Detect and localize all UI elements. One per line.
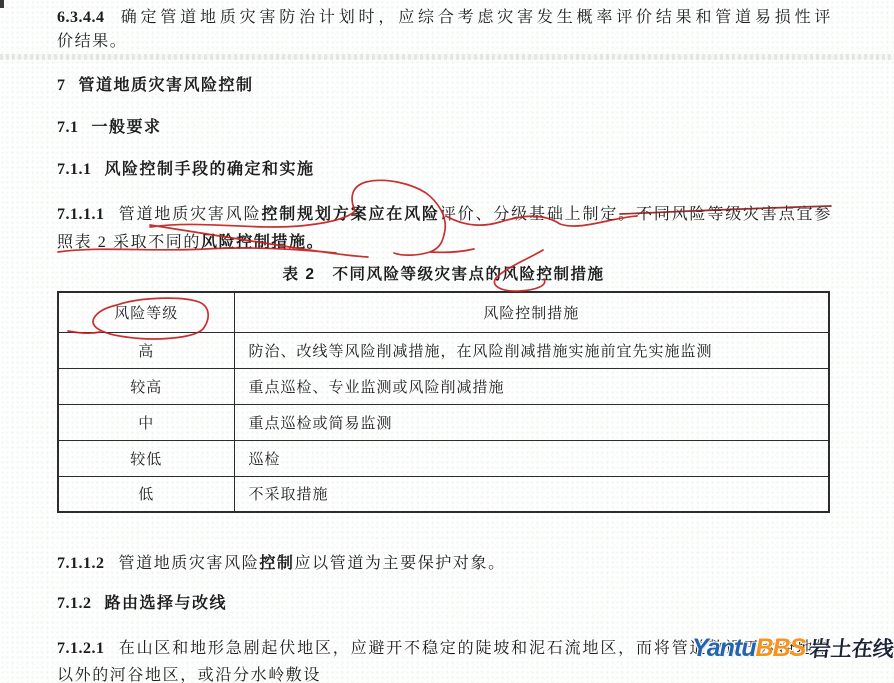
heading-number: 7 bbox=[57, 77, 66, 94]
table-2-caption: 表 2 不同风险等级灾害点的风险控制措施 bbox=[57, 266, 830, 284]
clause-7.1.1.1-line1: 7.1.1.1管道地质灾害风险控制规划方案应在风险评价、分级基础上制定。不同风险… bbox=[57, 201, 832, 229]
heading-number: 7.1.1 bbox=[57, 161, 92, 178]
clause-number: 7.1.1.2 bbox=[57, 555, 105, 572]
section-heading-7.1.2: 7.1.2路由选择与改线 bbox=[57, 595, 832, 613]
clause-text-emphasis: 措施。 bbox=[271, 234, 324, 251]
watermark-yantu-text: Yantu bbox=[692, 634, 756, 663]
scanned-document-page: 6.3.4.4确定管道地质灾害防治计划时，应综合考虑灾害发生概率评价结果和管道易… bbox=[0, 0, 894, 683]
cell-measure: 防治、改线等风险削减措施，在风险削减措施实施前宜先实施监测 bbox=[234, 332, 829, 368]
clause-text: 照表 2 采取不同的 bbox=[57, 234, 201, 251]
clause-7.1.1.1-line2: 照表 2 采取不同的风险控制措施。 bbox=[57, 229, 832, 257]
cell-risk-level: 高 bbox=[58, 332, 234, 368]
watermark-chinese-text: 岩土在线 bbox=[809, 633, 894, 663]
table-row: 中 重点巡检或简易监测 bbox=[58, 404, 829, 440]
scan-corner-artifact bbox=[0, 0, 4, 8]
heading-number: 7.1 bbox=[57, 119, 79, 136]
section-heading-7: 7管道地质灾害风险控制 bbox=[57, 77, 832, 95]
clause-7.1.2.1-line2: 以外的河谷地区，或沿分水岭敷设 bbox=[57, 662, 832, 683]
heading-title: 管道地质灾害风险控制 bbox=[79, 77, 254, 94]
cell-measure: 不采取措施 bbox=[234, 476, 829, 512]
cell-risk-level: 中 bbox=[58, 404, 234, 440]
heading-title: 风险控制手段的确定和实施 bbox=[105, 161, 315, 178]
clause-text: 管道地质灾害风险 bbox=[119, 206, 262, 223]
heading-number: 7.1.2 bbox=[57, 595, 92, 612]
cell-measure: 重点巡检或简易监测 bbox=[234, 404, 829, 440]
clause-number: 6.3.4.4 bbox=[57, 9, 105, 26]
cell-measure: 巡检 bbox=[234, 440, 829, 476]
cell-risk-level: 低 bbox=[58, 476, 234, 512]
clause-text-emphasis: 控制规划方案应在风险 bbox=[261, 206, 439, 223]
heading-title: 路由选择与改线 bbox=[105, 595, 228, 612]
clause-7.1.1.1: 7.1.1.1管道地质灾害风险控制规划方案应在风险评价、分级基础上制定。不同风险… bbox=[57, 201, 832, 257]
table-row: 低 不采取措施 bbox=[58, 476, 829, 512]
heading-title: 一般要求 bbox=[92, 119, 162, 136]
watermark-logo: YantuBBS岩土在线 bbox=[692, 633, 894, 663]
watermark-bbs-text: BBS bbox=[756, 634, 806, 663]
clause-text: 评价、分级基础上制定。不同风险等级灾害点宜参 bbox=[440, 206, 832, 223]
table-row: 较低 巡检 bbox=[58, 440, 829, 476]
col-header-risk-level: 风险等级 bbox=[58, 292, 234, 332]
document-content: 6.3.4.4确定管道地质灾害防治计划时，应综合考虑灾害发生概率评价结果和管道易… bbox=[57, 6, 832, 683]
section-heading-7.1: 7.1一般要求 bbox=[57, 119, 832, 137]
cell-risk-level: 较高 bbox=[58, 368, 234, 404]
cell-risk-level: 较低 bbox=[58, 440, 234, 476]
clause-text-emphasis: 控制 bbox=[259, 555, 294, 572]
clause-number: 7.1.1.1 bbox=[57, 206, 105, 223]
clause-text: 管道地质灾害风险 bbox=[119, 555, 260, 572]
risk-control-table: 风险等级 风险控制措施 高 防治、改线等风险削减措施，在风险削减措施实施前宜先实… bbox=[57, 291, 830, 513]
table-header-row: 风险等级 风险控制措施 bbox=[58, 292, 829, 332]
clause-number: 7.1.2.1 bbox=[57, 640, 105, 657]
table-row: 高 防治、改线等风险削减措施，在风险削减措施实施前宜先实施监测 bbox=[58, 332, 829, 368]
clause-text-emphasis: 风险控制 bbox=[201, 234, 271, 251]
col-header-control-measure: 风险控制措施 bbox=[234, 292, 829, 332]
clause-text: 确定管道地质灾害防治计划时，应综合考虑灾害发生概率评价结果和管道易损性评 bbox=[119, 9, 833, 26]
clause-text: 价结果。 bbox=[57, 33, 127, 50]
section-heading-7.1.1: 7.1.1风险控制手段的确定和实施 bbox=[57, 161, 832, 179]
clause-text: 应以管道为主要保护对象。 bbox=[295, 555, 506, 572]
cell-measure: 重点巡检、专业监测或风险削减措施 bbox=[234, 368, 829, 404]
clause-6.3.4.4-line1: 6.3.4.4确定管道地质灾害防治计划时，应综合考虑灾害发生概率评价结果和管道易… bbox=[57, 6, 832, 30]
clause-6.3.4.4: 6.3.4.4确定管道地质灾害防治计划时，应综合考虑灾害发生概率评价结果和管道易… bbox=[57, 6, 832, 54]
clause-6.3.4.4-line2: 价结果。 bbox=[57, 30, 832, 54]
clause-7.1.1.2: 7.1.1.2管道地质灾害风险控制应以管道为主要保护对象。 bbox=[57, 555, 832, 573]
table-row: 较高 重点巡检、专业监测或风险削减措施 bbox=[58, 368, 829, 404]
clause-text: 以外的河谷地区，或沿分水岭敷设 bbox=[57, 667, 321, 683]
